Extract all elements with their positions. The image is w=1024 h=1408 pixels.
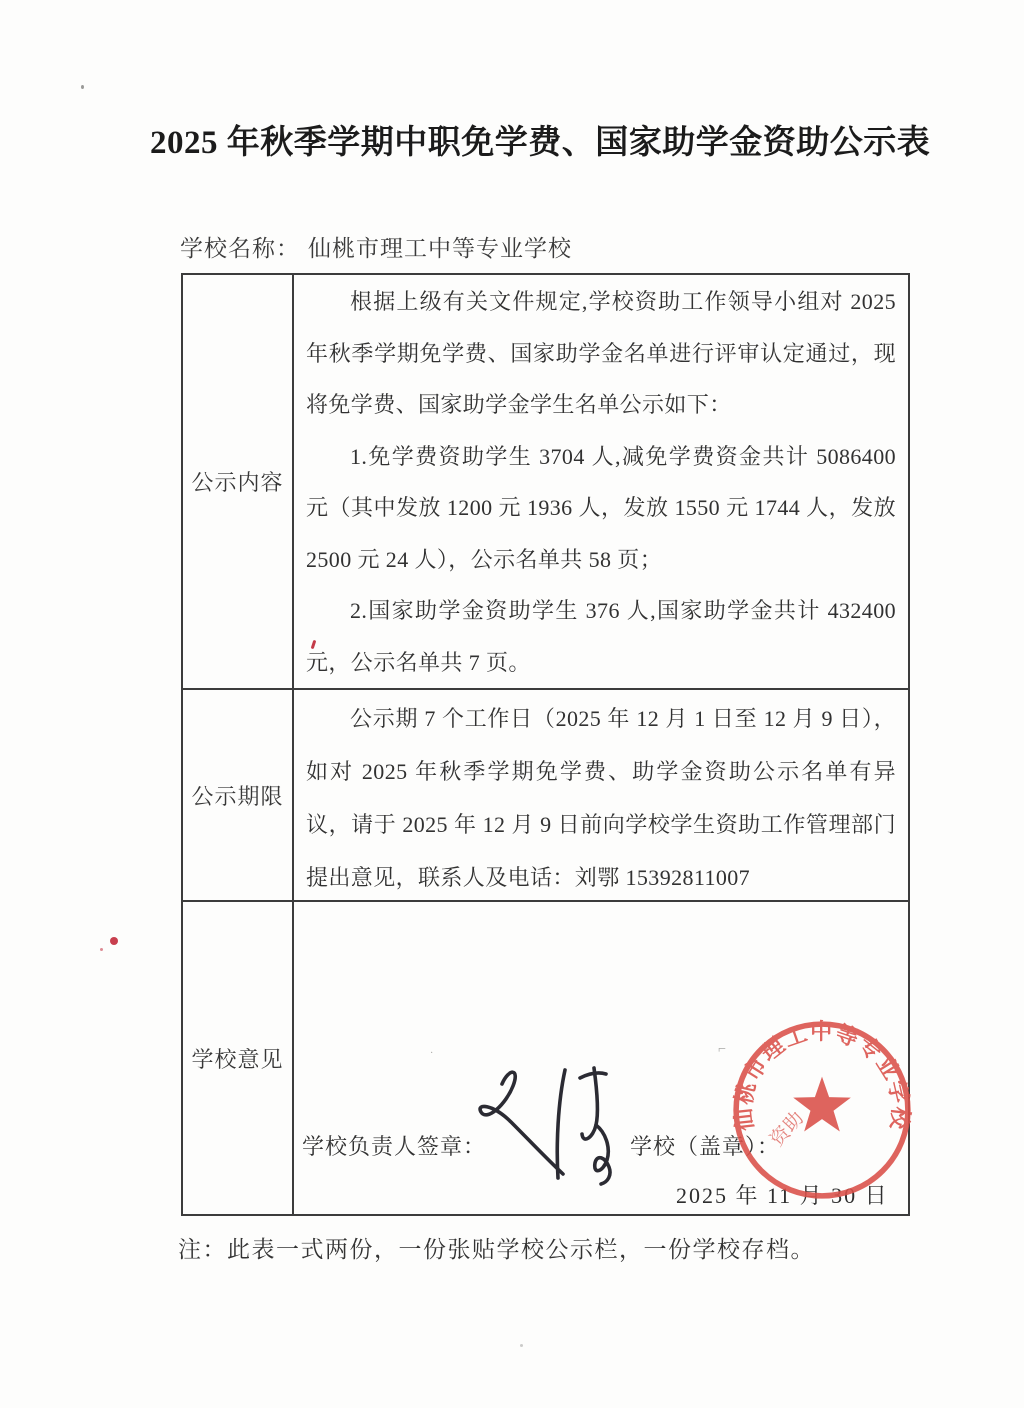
table-row-content: 公示内容 根据上级有关文件规定,学校资助工作领导小组对 2025 年秋季学期免学… xyxy=(183,275,908,688)
paragraph: 2.国家助学金资助学生 376 人,国家助学金共计 432400 元，公示名单共… xyxy=(306,585,896,688)
paragraph: 1.免学费资助学生 3704 人,减免学费资金共计 5086400 元（其中发放… xyxy=(306,431,896,586)
row-label-period: 公示期限 xyxy=(183,690,294,900)
row-label-opinion: 学校意见 xyxy=(183,902,294,1214)
row-period-cell: 公示期 7 个工作日（2025 年 12 月 1 日至 12 月 9 日），如对… xyxy=(294,690,908,900)
scanned-notice-page: 2025 年秋季学期中职免学费、国家助学金资助公示表 学校名称：仙桃市理工中等专… xyxy=(0,0,1024,1408)
scan-artifact-red-dot xyxy=(110,937,118,945)
table-row-period: 公示期限 公示期 7 个工作日（2025 年 12 月 1 日至 12 月 9 … xyxy=(183,688,908,900)
notice-table: 公示内容 根据上级有关文件规定,学校资助工作领导小组对 2025 年秋季学期免学… xyxy=(181,273,910,1216)
footnote: 注：此表一式两份，一份张贴学校公示栏，一份学校存档。 xyxy=(178,1231,815,1264)
scan-artifact-speck xyxy=(520,1344,523,1347)
row-content-cell: 根据上级有关文件规定,学校资助工作领导小组对 2025 年秋季学期免学费、国家助… xyxy=(294,275,908,688)
row-label-content: 公示内容 xyxy=(183,275,294,688)
scan-artifact-speck xyxy=(81,85,84,89)
school-seal-stamp: 仙桃市理工中等专业学校 资助 xyxy=(726,1014,918,1206)
scan-artifact-dot: · xyxy=(430,1048,433,1059)
table-row-opinion: 学校意见 学校负责人签章： 学校（盖章）： 2025 年 11 月 30 日 xyxy=(183,900,908,1214)
scan-artifact-pencil-mark: ⌐ xyxy=(718,1042,726,1058)
signature-stroke xyxy=(480,1072,563,1174)
scan-artifact-red-speck xyxy=(100,948,103,951)
page-title: 2025 年秋季学期中职免学费、国家助学金资助公示表 xyxy=(150,116,910,163)
signer-label: 学校负责人签章： xyxy=(302,1121,486,1173)
signature-stroke xyxy=(582,1068,597,1139)
signature-stroke xyxy=(557,1070,565,1178)
paragraph: 公示期 7 个工作日（2025 年 12 月 1 日至 12 月 9 日），如对… xyxy=(306,692,896,904)
signature-stroke xyxy=(595,1125,610,1184)
school-name-label: 学校名称： xyxy=(180,236,300,261)
school-name-line: 学校名称：仙桃市理工中等专业学校 xyxy=(180,230,572,263)
paragraph: 根据上级有关文件规定,学校资助工作领导小组对 2025 年秋季学期免学费、国家助… xyxy=(306,276,896,431)
handwritten-signature xyxy=(472,1062,637,1192)
row-opinion-cell: 学校负责人签章： 学校（盖章）： 2025 年 11 月 30 日 仙桃 xyxy=(294,902,908,1214)
seal-inner-text: 资助 xyxy=(766,1107,809,1151)
school-name-value: 仙桃市理工中等专业学校 xyxy=(308,236,572,261)
